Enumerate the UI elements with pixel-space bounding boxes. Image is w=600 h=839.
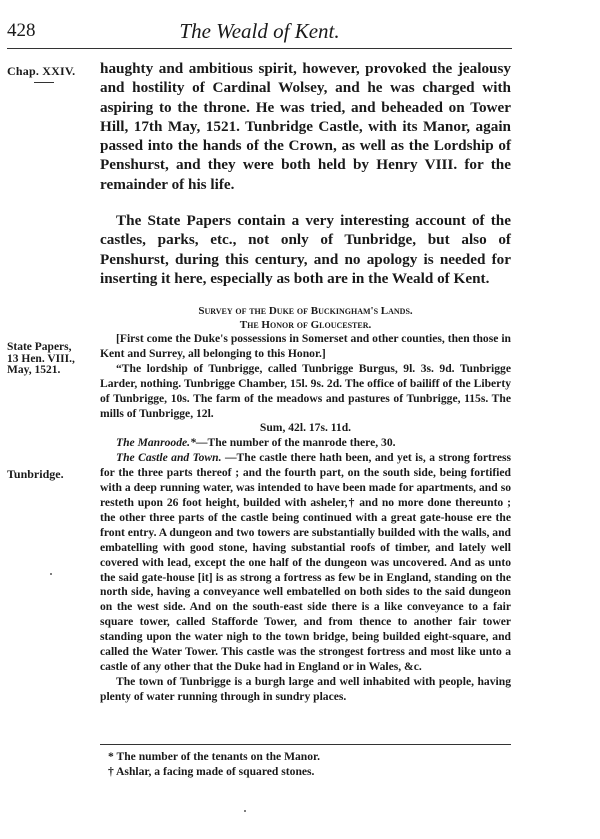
- footnote-1: * The number of the tenants on the Manor…: [108, 749, 508, 764]
- manrode-paragraph: The Manroode.*—The number of the manrode…: [100, 436, 511, 451]
- margin-source-note: State Papers, 13 Hen. VIII., May, 1521.: [7, 342, 75, 377]
- page-header: 428 The Weald of Kent.: [7, 14, 512, 50]
- footnotes: * The number of the tenants on the Manor…: [108, 749, 508, 779]
- town-paragraph: The town of Tunbrigge is a burgh large a…: [100, 675, 511, 705]
- scan-speck: [50, 573, 52, 575]
- bracket-note: [First come the Duke's possessions in So…: [100, 332, 511, 362]
- margin-source-line1: State Papers,: [7, 342, 75, 354]
- scan-speck: [244, 810, 246, 812]
- paragraph-2: The State Papers contain a very interest…: [100, 211, 511, 288]
- sum-line: Sum, 42l. 17s. 11d.: [100, 421, 511, 436]
- paragraph-2-text: The State Papers contain a very interest…: [100, 211, 511, 288]
- margin-place-note: Tunbridge.: [7, 469, 64, 481]
- castle-text: —The castle there hath been, and yet is,…: [100, 451, 511, 673]
- manrode-text: —The number of the manrode there, 30.: [196, 436, 396, 449]
- header-rule: [7, 48, 512, 49]
- margin-source-line3: May, 1521.: [7, 365, 75, 377]
- footnote-2: † Ashlar, a facing made of squared stone…: [108, 764, 508, 779]
- lordship-paragraph: “The lordship of Tunbrigge, called Tunbr…: [100, 362, 511, 422]
- footnote-rule: [100, 744, 511, 745]
- paragraph-1: haughty and ambitious spirit, however, p…: [100, 59, 511, 194]
- running-title: The Weald of Kent.: [7, 19, 512, 44]
- castle-label: The Castle and Town.: [116, 451, 222, 464]
- chapter-label: Chap. XXIV.: [7, 66, 75, 78]
- manrode-label: The Manroode.*: [116, 436, 196, 449]
- survey-subheading: The Honor of Gloucester.: [100, 318, 511, 332]
- survey-body: [First come the Duke's possessions in So…: [100, 332, 511, 705]
- chapter-dash: [34, 82, 54, 83]
- survey-heading: Survey of the Duke of Buckingham's Lands…: [100, 304, 511, 318]
- castle-paragraph: The Castle and Town. —The castle there h…: [100, 451, 511, 675]
